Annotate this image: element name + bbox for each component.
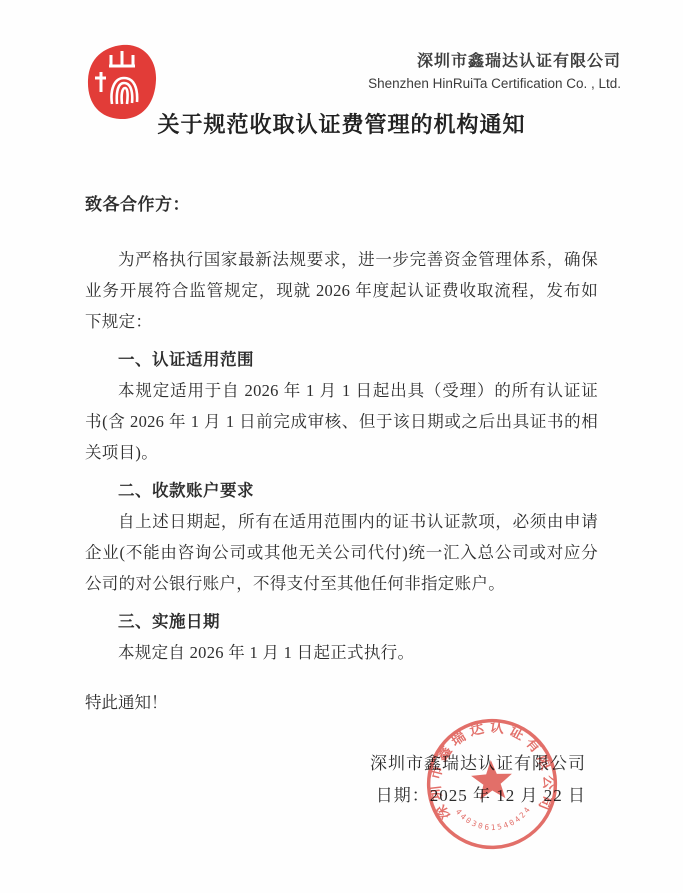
intro-paragraph: 为严格执行国家最新法规要求，进一步完善资金管理体系，确保 业务开展符合监管规定，… [85,244,598,337]
company-stamp: 深圳市鑫瑞达认证有限公司 4403061540424 [418,710,565,857]
document-page: 深圳市鑫瑞达认证有限公司 Shenzhen HinRuiTa Certifica… [0,0,683,893]
text-line: 下规定： [85,306,598,337]
document-title: 关于规范收取认证费管理的机构通知 [0,108,683,139]
text-line: 书(含 2026 年 1 月 1 日前完成审核、但于该日期或之后出具证书的相 [85,406,598,437]
section-3-body: 本规定自 2026 年 1 月 1 日起正式执行。 [85,637,598,668]
text-line: 本规定自 2026 年 1 月 1 日起正式执行。 [85,637,598,668]
text-line: 本规定适用于自 2026 年 1 月 1 日起出具（受理）的所有认证证 [85,375,598,406]
section-2-heading: 二、收款账户要求 [85,475,598,506]
star-icon [470,759,513,800]
text-line: 自上述日期起，所有在适用范围内的证书认证款项，必须由申请 [85,506,598,537]
section-1-body: 本规定适用于自 2026 年 1 月 1 日起出具（受理）的所有认证证 书(含 … [85,375,598,468]
company-name-en: Shenzhen HinRuiTa Certification Co. , Lt… [368,74,621,94]
text-line: 业务开展符合监管规定，现就 2026 年度起认证费收取流程，发布如 [85,275,598,306]
section-1-heading: 一、认证适用范围 [85,344,598,375]
text-line: 企业(不能由咨询公司或其他无关公司代付)统一汇入总公司或对应分 [85,537,598,568]
text-line: 公司的对公银行账户，不得支付至其他任何非指定账户。 [85,568,598,599]
stamp-serial-number: 4403061540424 [453,804,534,835]
company-name-cn: 深圳市鑫瑞达认证有限公司 [368,52,621,72]
salutation: 致各合作方： [85,189,598,220]
text-line: 为严格执行国家最新法规要求，进一步完善资金管理体系，确保 [85,244,598,275]
text-line: 关项目)。 [85,437,598,468]
section-3-heading: 三、实施日期 [85,606,598,637]
stamp-serial-holder: 4403061540424 [453,804,534,835]
document-body: 致各合作方： 为严格执行国家最新法规要求，进一步完善资金管理体系，确保 业务开展… [85,189,598,718]
letterhead: 深圳市鑫瑞达认证有限公司 Shenzhen HinRuiTa Certifica… [368,52,621,94]
section-2-body: 自上述日期起，所有在适用范围内的证书认证款项，必须由申请 企业(不能由咨询公司或… [85,506,598,599]
